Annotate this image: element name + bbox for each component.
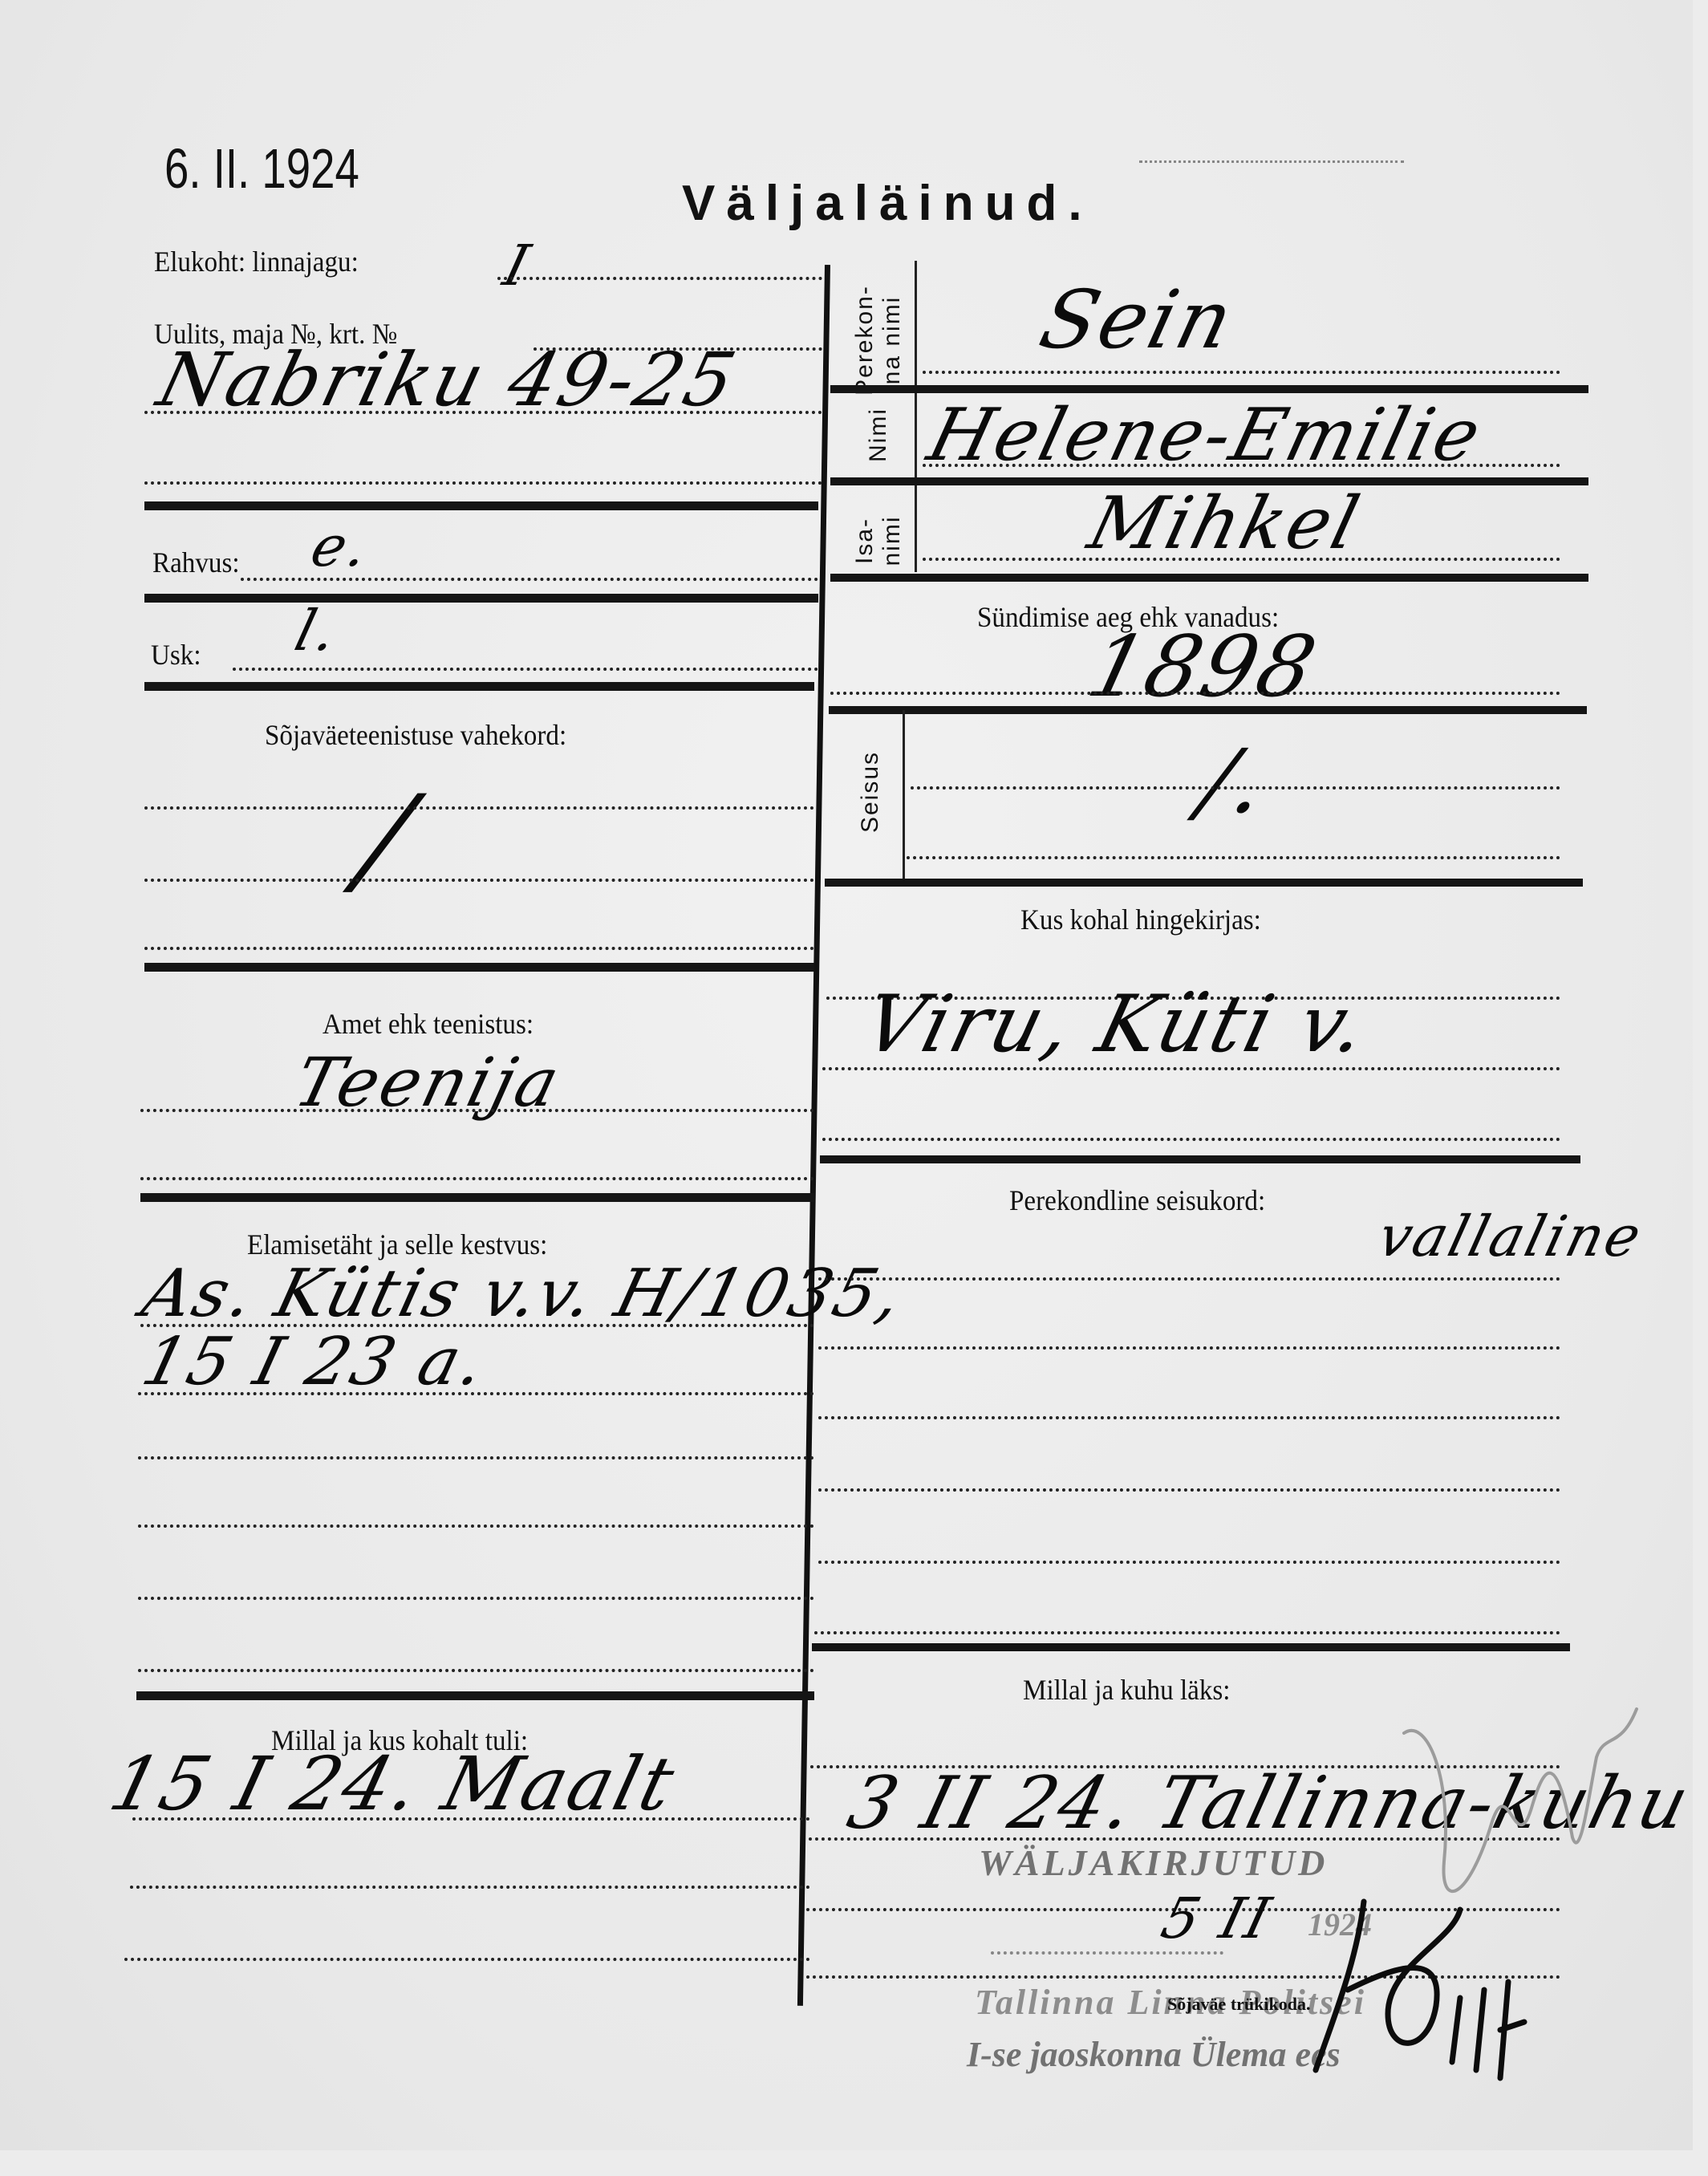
dotted-line xyxy=(138,1669,814,1672)
laks-label: Millal ja kuhu läks: xyxy=(1023,1673,1230,1707)
sojavae-label: Sõjaväeteenistuse vahekord: xyxy=(265,718,566,752)
dotted-line xyxy=(923,464,1560,467)
section-rule xyxy=(830,385,1588,393)
dotted-line xyxy=(130,1886,810,1889)
section-rule xyxy=(144,682,814,691)
section-rule xyxy=(144,594,818,603)
hingekiri-value: Viru, Küti v. xyxy=(855,979,1377,1070)
faded-dotted-line xyxy=(1139,160,1404,163)
section-rule xyxy=(812,1643,1570,1651)
nimi-label: Nimi xyxy=(865,391,892,479)
dotted-line xyxy=(818,1346,1560,1350)
isanimi-value: Mihkel xyxy=(1081,481,1369,566)
dotted-line xyxy=(822,1067,1560,1070)
dotted-line xyxy=(138,1524,814,1528)
printer-note: Sõjaväe trükikoda. xyxy=(1167,1994,1310,2015)
perekonnanimi-label-2: na nimi xyxy=(878,296,905,385)
form-title: Väljaläinud. xyxy=(682,175,1093,232)
dotted-line xyxy=(818,1488,1560,1492)
perekondline-label: Perekondline seisukord: xyxy=(1009,1183,1265,1217)
rahvus-label: Rahvus: xyxy=(152,546,240,579)
dotted-line xyxy=(233,668,818,671)
dotted-line xyxy=(923,371,1560,374)
dotted-line xyxy=(911,786,1560,790)
seisus-label: Seisus xyxy=(857,744,884,840)
dotted-line xyxy=(241,578,818,581)
date-stamp: 6. II. 1924 xyxy=(164,136,359,201)
dotted-line xyxy=(818,1561,1560,1564)
stamp-dotted xyxy=(991,1951,1223,1955)
section-rule xyxy=(140,1193,814,1202)
perekonnanimi-label-1: Perekon- xyxy=(851,285,878,396)
dotted-line xyxy=(830,692,1560,695)
dotted-line xyxy=(144,411,822,414)
isanimi-label-1: Isa- xyxy=(851,518,878,564)
section-rule xyxy=(829,706,1587,714)
dotted-line xyxy=(144,947,814,950)
dotted-line xyxy=(138,1597,814,1600)
section-rule xyxy=(136,1691,814,1700)
signature-pencil xyxy=(1396,1701,1653,1942)
stamp-date: 5 II xyxy=(1155,1886,1280,1951)
label-box-border xyxy=(903,710,905,879)
perekonnanimi-value: Sein xyxy=(1031,273,1243,367)
perekondline-value: vallaline xyxy=(1372,1204,1650,1269)
dotted-line xyxy=(822,1138,1560,1141)
dotted-line xyxy=(138,1456,814,1459)
dotted-line xyxy=(132,1817,810,1821)
stamp-line4: I-se jaoskonna Ülema ees xyxy=(967,2034,1341,2075)
dotted-line xyxy=(144,481,822,485)
tuli-value: 15 I 24. Maalt xyxy=(102,1741,684,1827)
dotted-line xyxy=(144,879,814,882)
stamp-line1: WÄLJAKIRJUTUD xyxy=(979,1841,1328,1884)
elukoht-label: Elukoht: linnajagu: xyxy=(154,245,359,278)
elamiseta-value-line1: As. Kütis v.v. H/1035, xyxy=(135,1256,911,1332)
dotted-line xyxy=(140,1177,814,1180)
usk-label: Usk: xyxy=(151,638,201,672)
elamiseta-value-line2: 15 I 23 a. xyxy=(135,1324,494,1400)
dotted-line xyxy=(124,1958,810,1961)
hingekiri-label: Kus kohal hingekirjas: xyxy=(1020,903,1261,936)
sundimise-value: 1898 xyxy=(1079,618,1328,716)
dotted-line xyxy=(497,277,822,280)
isanimi-label-2: nimi xyxy=(878,516,905,566)
dotted-line xyxy=(138,1392,814,1395)
section-rule xyxy=(820,1155,1580,1163)
dotted-line xyxy=(907,856,1560,859)
uulits-value: Nabriku 49-25 xyxy=(150,337,746,423)
dotted-line xyxy=(818,1277,1560,1281)
dotted-line xyxy=(818,1416,1560,1419)
amet-label: Amet ehk teenistus: xyxy=(323,1007,533,1041)
label-box-border xyxy=(915,261,917,572)
section-rule xyxy=(144,963,814,972)
section-rule xyxy=(830,574,1588,582)
dotted-line xyxy=(140,1109,814,1112)
dotted-line xyxy=(814,1631,1560,1634)
section-rule xyxy=(825,879,1583,887)
dotted-line xyxy=(144,806,814,810)
section-rule xyxy=(144,501,818,510)
dotted-line xyxy=(923,558,1560,561)
